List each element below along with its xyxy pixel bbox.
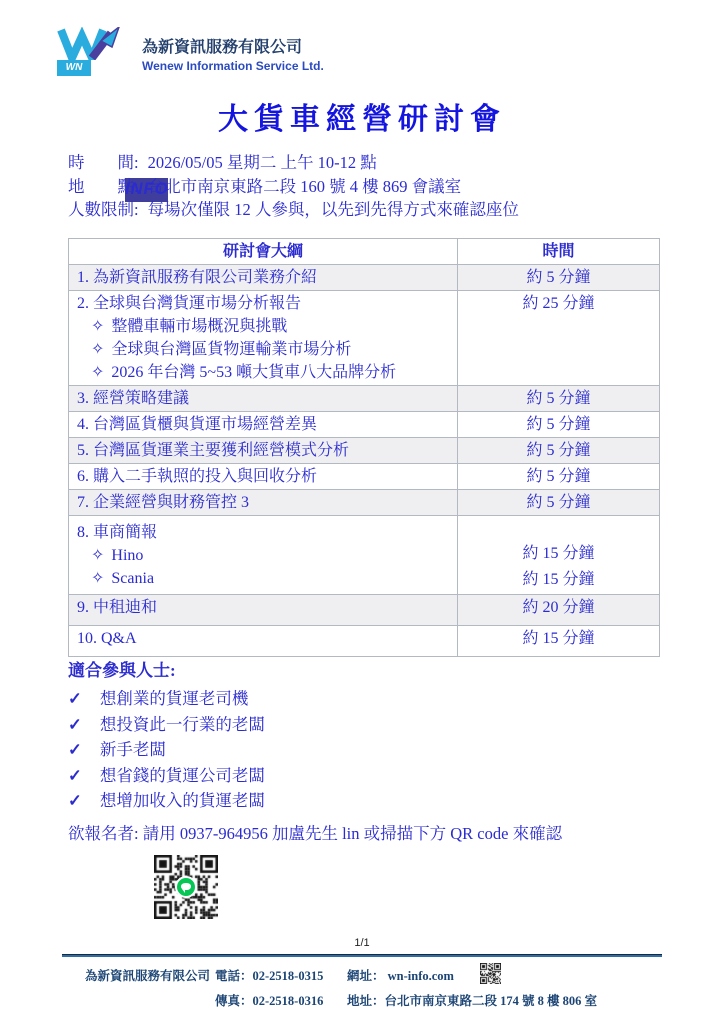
agenda-time-cell: 約 15 分鐘 — [458, 626, 660, 657]
event-place-line: 地 點:台北市南京東路二段 160 號 4 樓 869 會議室 — [68, 175, 519, 199]
check-icon: ✓ — [68, 715, 82, 734]
list-item: ✓想增加收入的貨運老闆 — [68, 788, 265, 814]
wn-logo-icon — [57, 27, 135, 60]
company-name-en: Wenew Information Service Ltd. — [142, 59, 324, 73]
agenda-sub-label: 全球與台灣區貨物運輸業市場分析 — [111, 341, 351, 358]
table-row: 3. 經營策略建議 約 5 分鐘 — [69, 386, 660, 412]
table-row: 5. 台灣區貨運業主要獲利經營模式分析 約 5 分鐘 — [69, 438, 660, 464]
footer-fax: 傳真：02-2518-0316 — [215, 991, 323, 1009]
agenda-time-cell: 約 5 分鐘 — [458, 386, 660, 412]
check-icon: ✓ — [68, 766, 82, 785]
event-limit-line: 人數限制:每場次僅限 12 人參與，以先到先得方式來確認座位 — [68, 198, 519, 222]
table-row: 9. 中租迪和 約 20 分鐘 — [69, 595, 660, 626]
agenda-topic-cell: 10. Q&A — [69, 626, 458, 657]
agenda-time-cell: 約 5 分鐘 — [458, 464, 660, 490]
agenda-time-cell: 約 20 分鐘 — [458, 595, 660, 626]
agenda-sub-item: ✧Hino — [77, 544, 451, 567]
agenda-topic-cell: 6. 購入二手執照的投入與回收分析 — [69, 464, 458, 490]
footer-website: 網址： wn-info.com — [347, 966, 454, 984]
agenda-sub-label: Hino — [111, 547, 143, 564]
footer-phone: 電話：02-2518-0315 — [215, 966, 323, 984]
agenda-sub-label: 整體車輛市場概況與挑戰 — [111, 318, 287, 335]
diamond-bullet-icon: ✧ — [91, 547, 104, 564]
table-row: 8. 車商簡報 ✧Hino ✧Scania 約 15 分鐘 約 15 分鐘 — [69, 516, 660, 595]
limit-value: 每場次僅限 12 人參與，以先到先得方式來確認座位 — [148, 200, 519, 219]
agenda-sub-label: Scania — [111, 570, 154, 587]
company-logo: WN INFO — [57, 27, 135, 76]
check-icon: ✓ — [68, 791, 82, 810]
audience-item-label: 新手老闆 — [100, 740, 166, 759]
agenda-sub-item: ✧2026 年台灣 5~53 噸大貨車八大品牌分析 — [77, 361, 451, 384]
diamond-bullet-icon: ✧ — [91, 341, 104, 358]
agenda-topic: 2. 全球與台灣貨運市場分析報告 — [77, 292, 451, 315]
footer-qr-code — [480, 963, 501, 984]
table-row: 10. Q&A 約 15 分鐘 — [69, 626, 660, 657]
audience-heading: 適合參與人士: — [68, 656, 265, 681]
table-row: 1. 為新資訊服務有限公司業務介紹 約 5 分鐘 — [69, 265, 660, 291]
audience-item-label: 想投資此一行業的老闆 — [100, 715, 265, 734]
event-time-line: 時 間:2026/05/05 星期二 上午 10-12 點 — [68, 151, 519, 175]
line-app-icon — [175, 876, 197, 898]
table-row: 7. 企業經營與財務管控 3 約 5 分鐘 — [69, 490, 660, 516]
wn-info-banner: WN INFO — [57, 60, 135, 76]
registration-qr-code — [154, 855, 218, 925]
list-item: ✓想省錢的貨運公司老闆 — [68, 763, 265, 789]
agenda-topic-cell: 3. 經營策略建議 — [69, 386, 458, 412]
list-item: ✓想創業的貨運老司機 — [68, 686, 265, 712]
limit-label: 人數限制: — [68, 198, 139, 222]
audience-item-label: 想創業的貨運老司機 — [100, 689, 249, 708]
audience-item-label: 想省錢的貨運公司老闆 — [100, 766, 265, 785]
agenda-time-cell: 約 5 分鐘 — [458, 412, 660, 438]
agenda-sub-time: 約 15 分鐘 — [464, 541, 653, 567]
agenda-header-time: 時間 — [458, 239, 660, 265]
page-number: 1/1 — [0, 937, 724, 949]
time-value: 2026/05/05 星期二 上午 10-12 點 — [148, 153, 377, 172]
banner-wn-label: WN — [57, 60, 91, 76]
footer-address: 地址：台北市南京東路二段 174 號 8 樓 806 室 — [347, 991, 597, 1009]
agenda-topic-cell: 4. 台灣區貨櫃與貨運市場經營差異 — [69, 412, 458, 438]
footer-company: 為新資訊服務有限公司 — [85, 966, 210, 984]
agenda-time-cell: 約 5 分鐘 — [458, 265, 660, 291]
agenda-topic-cell: 7. 企業經營與財務管控 3 — [69, 490, 458, 516]
page-title: 大貨車經營研討會 — [0, 94, 724, 138]
agenda-time-cell: 約 15 分鐘 約 15 分鐘 — [458, 516, 660, 595]
agenda-table: 研討會大綱 時間 1. 為新資訊服務有限公司業務介紹 約 5 分鐘 2. 全球與… — [68, 238, 660, 657]
event-info: 時 間:2026/05/05 星期二 上午 10-12 點 地 點:台北市南京東… — [68, 151, 519, 222]
agenda-sub-item: ✧整體車輛市場概況與挑戰 — [77, 315, 451, 338]
diamond-bullet-icon: ✧ — [91, 570, 104, 587]
diamond-bullet-icon: ✧ — [91, 318, 104, 335]
agenda-time-cell: 約 5 分鐘 — [458, 490, 660, 516]
table-row: 6. 購入二手執照的投入與回收分析 約 5 分鐘 — [69, 464, 660, 490]
audience-item-label: 想增加收入的貨運老闆 — [100, 791, 265, 810]
table-row: 4. 台灣區貨櫃與貨運市場經營差異 約 5 分鐘 — [69, 412, 660, 438]
agenda-topic-cell: 2. 全球與台灣貨運市場分析報告 ✧整體車輛市場概況與挑戰 ✧全球與台灣區貨物運… — [69, 291, 458, 386]
audience-section: 適合參與人士: ✓想創業的貨運老司機 ✓想投資此一行業的老闆 ✓新手老闆 ✓想省… — [68, 656, 265, 814]
agenda-sub-item: ✧Scania — [77, 567, 451, 590]
agenda-sub-item: ✧全球與台灣區貨物運輸業市場分析 — [77, 338, 451, 361]
agenda-topic-cell: 1. 為新資訊服務有限公司業務介紹 — [69, 265, 458, 291]
check-icon: ✓ — [68, 689, 82, 708]
audience-list: ✓想創業的貨運老司機 ✓想投資此一行業的老闆 ✓新手老闆 ✓想省錢的貨運公司老闆… — [68, 686, 265, 814]
company-name-zh: 為新資訊服務有限公司 — [142, 34, 302, 57]
footer: 為新資訊服務有限公司 電話：02-2518-0315 網址： wn-info.c… — [0, 963, 724, 1018]
agenda-header-row: 研討會大綱 時間 — [69, 239, 660, 265]
agenda-time-cell: 約 5 分鐘 — [458, 438, 660, 464]
agenda-topic-cell: 5. 台灣區貨運業主要獲利經營模式分析 — [69, 438, 458, 464]
agenda-topic-cell: 9. 中租迪和 — [69, 595, 458, 626]
diamond-bullet-icon: ✧ — [91, 364, 104, 381]
table-row: 2. 全球與台灣貨運市場分析報告 ✧整體車輛市場概況與挑戰 ✧全球與台灣區貨物運… — [69, 291, 660, 386]
footer-divider — [62, 954, 662, 957]
place-value: 台北市南京東路二段 160 號 4 樓 869 會議室 — [148, 177, 462, 196]
place-label: 地 點: — [68, 175, 139, 199]
time-label: 時 間: — [68, 151, 139, 175]
agenda-time-cell: 約 25 分鐘 — [458, 291, 660, 386]
check-icon: ✓ — [68, 740, 82, 759]
agenda-sub-time: 約 15 分鐘 — [464, 567, 653, 593]
seminar-flyer-page: WN INFO 為新資訊服務有限公司 Wenew Information Ser… — [0, 0, 724, 1024]
registration-instruction: 欲報名者: 請用 0937-964956 加盧先生 lin 或掃描下方 QR c… — [68, 820, 562, 844]
agenda-sub-label: 2026 年台灣 5~53 噸大貨車八大品牌分析 — [111, 364, 396, 381]
list-item: ✓想投資此一行業的老闆 — [68, 712, 265, 738]
agenda-header-outline: 研討會大綱 — [69, 239, 458, 265]
agenda-topic-cell: 8. 車商簡報 ✧Hino ✧Scania — [69, 516, 458, 595]
agenda-topic: 8. 車商簡報 — [77, 521, 451, 544]
list-item: ✓新手老闆 — [68, 737, 265, 763]
